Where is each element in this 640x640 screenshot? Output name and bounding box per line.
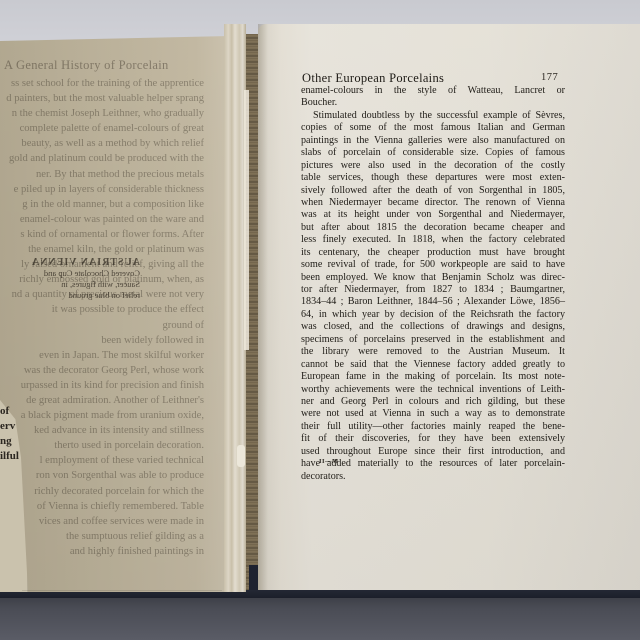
torn-fragment-line: ng bbox=[0, 434, 19, 449]
body-text-line: 64, in which year by decision of the Rei… bbox=[301, 309, 565, 321]
left-page: A General History of Porcelain ss set sc… bbox=[0, 36, 230, 592]
torn-fragment-text: of erv ng ilful bbox=[0, 404, 19, 464]
body-text-line: was at its height under von Sorgenthal a… bbox=[301, 209, 565, 221]
body-text-line: were not used at Vienna in such a way as… bbox=[301, 408, 565, 420]
show-through-line: Saucer, with figures, in bbox=[0, 279, 140, 290]
right-page-gutter-shadow bbox=[258, 24, 268, 590]
left-text-line: was the decorator Georg Perl, whose work bbox=[0, 363, 204, 378]
body-text-line: slabs of porcelain of considerable size.… bbox=[301, 147, 565, 159]
left-text-line: ked advance in its intensity and stillne… bbox=[0, 423, 204, 438]
left-text-line: ron von Sorgenthal was able to produce bbox=[0, 468, 204, 483]
left-text-line: ground of bbox=[0, 318, 204, 333]
body-text-line: copies of some of the most famous Italia… bbox=[301, 122, 565, 134]
left-text-line: even in Japan. The most skilful worker bbox=[0, 348, 204, 363]
left-text-line: e piled up in layers of considerable thi… bbox=[0, 182, 204, 197]
body-text-line: its centenary, the cheaper production mu… bbox=[301, 247, 565, 259]
body-text-line: worthy achievements were the technical i… bbox=[301, 384, 565, 396]
left-text-line: complete palette of enamel-colours of gr… bbox=[0, 121, 204, 136]
body-text-line: European fame in the making of porcelain… bbox=[301, 371, 565, 383]
body-text-line: but after about 1815 the decoration beca… bbox=[301, 222, 565, 234]
page-number: 177 bbox=[541, 72, 558, 83]
body-text-line: 1834–44 ; Baron Leithner, 1844–56 ; Alex… bbox=[301, 296, 565, 308]
left-text-line: the enamel kiln, the gold or platinum wa… bbox=[0, 242, 204, 257]
left-text-line: richly decorated porcelain for which the bbox=[0, 484, 204, 499]
left-text-line: been widely followed in bbox=[0, 333, 204, 348]
body-text-line: pictures were also used in the decoratio… bbox=[301, 160, 565, 172]
body-text-line: decorators. bbox=[301, 471, 565, 483]
left-text-line: de great admiration. Another of Leithner… bbox=[0, 393, 204, 408]
body-text-line: have added materially to the resources o… bbox=[301, 458, 565, 470]
glue-strip bbox=[244, 90, 249, 350]
body-text-line: fit of their discoveries, for they have … bbox=[301, 433, 565, 445]
left-text-line: beauty, as well as a method by which rel… bbox=[0, 136, 204, 151]
left-text-line: ner. By that method the precious metals bbox=[0, 167, 204, 182]
body-text-line: some revival of trade, for 500 workpeopl… bbox=[301, 259, 565, 271]
table-surface bbox=[0, 595, 640, 640]
body-text-line: tor after Niedermayer, from 1827 to 1834… bbox=[301, 284, 565, 296]
body-text-line: Boucher. bbox=[301, 97, 565, 109]
torn-fragment-line: of bbox=[0, 404, 19, 419]
left-text-line: l employment of these varied technical bbox=[0, 453, 204, 468]
torn-fragment-line: ilful bbox=[0, 449, 19, 464]
body-text-line: enamel-colours in the style of Watteau, … bbox=[301, 85, 565, 97]
left-text-line: n the chemist Joseph Leithner, who gradu… bbox=[0, 106, 204, 121]
body-text-line: sively followed after the death of von S… bbox=[301, 185, 565, 197]
show-through-caption: AUSTRIAN VIENNA Covered Chocolate Cup an… bbox=[0, 257, 140, 301]
body-text-line: less finely executed. In 1818, when the … bbox=[301, 234, 565, 246]
glue-blob bbox=[237, 445, 245, 467]
body-text-line: their full utility—other factories mainl… bbox=[301, 421, 565, 433]
left-text-line: s kind of ornamental or flower forms. Af… bbox=[0, 227, 204, 242]
left-text-line: the sumptuous relief gilding as a bbox=[0, 529, 204, 544]
left-text-line: therto used in porcelain decoration. bbox=[0, 438, 204, 453]
left-text-line: enamel-colour was painted on the ware an… bbox=[0, 212, 204, 227]
body-text-line: was closed, and the collections of drawi… bbox=[301, 321, 565, 333]
left-running-head: A General History of Porcelain bbox=[4, 58, 169, 73]
body-text-line: table services, though these departures … bbox=[301, 172, 565, 184]
left-text-line: a black pigment made from uranium oxide, bbox=[0, 408, 204, 423]
left-text-line: gold and platinum could be produced with… bbox=[0, 151, 204, 166]
body-text-line: Stimulated doubtless by the successful e… bbox=[301, 110, 565, 122]
left-text-line: g in the old manner, but a composition l… bbox=[0, 197, 204, 212]
show-through-line: relief on blue ground bbox=[0, 290, 140, 301]
show-through-heading: AUSTRIAN VIENNA bbox=[0, 257, 140, 268]
body-text-line: the library were removed to the Austrian… bbox=[301, 346, 565, 358]
page-edges bbox=[224, 24, 246, 592]
left-text-line: urpassed in its kind for precision and f… bbox=[0, 378, 204, 393]
left-text-line: vices and coffee services were made in bbox=[0, 514, 204, 529]
left-text-line: ss set school for the training of the ap… bbox=[0, 76, 204, 91]
body-text-line: been employed. We know that Benjamin Sch… bbox=[301, 272, 565, 284]
page-crease bbox=[22, 590, 222, 591]
body-text-line: ner and Georg Perl in colours and rich g… bbox=[301, 396, 565, 408]
body-text: enamel-colours in the style of Watteau, … bbox=[301, 85, 565, 483]
body-text-line: when Niedermayer became director. The re… bbox=[301, 197, 565, 209]
left-page-text: ss set school for the training of the ap… bbox=[0, 76, 204, 559]
left-text-line: of Vienna is chiefly remembered. Table bbox=[0, 499, 204, 514]
body-text-line: used throughout Europe since their first… bbox=[301, 446, 565, 458]
body-text-line: cannot be said that the Viennese factory… bbox=[301, 359, 565, 371]
show-through-line: Covered Chocolate Cup and bbox=[0, 268, 140, 279]
left-text-line: d painters, but the most valuable helper… bbox=[0, 91, 204, 106]
signature-mark: II—M bbox=[319, 458, 339, 465]
body-text-line: specimens of porcelains preserved in the… bbox=[301, 334, 565, 346]
body-text-line: paintings in the Vienna galleries were a… bbox=[301, 135, 565, 147]
torn-fragment-line: erv bbox=[0, 419, 19, 434]
left-text-line: it was possible to produce the effect bbox=[0, 302, 204, 317]
left-text-line: and highly finished paintings in bbox=[0, 544, 204, 559]
running-head: Other European Porcelains bbox=[302, 71, 444, 86]
